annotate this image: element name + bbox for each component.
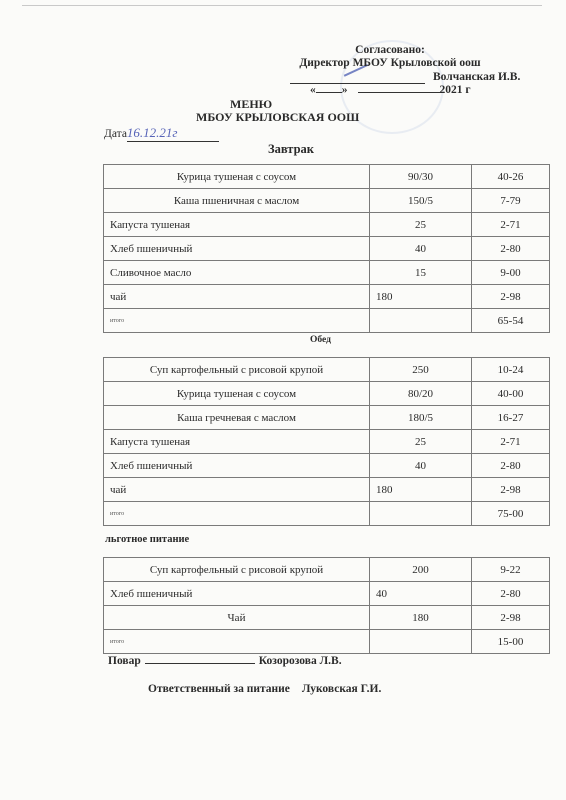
table-cell: 75-00 [472, 502, 550, 526]
table-cell: 40-00 [472, 382, 550, 406]
approval-block: Согласовано: Директор МБОУ Крыловской оо… [290, 44, 490, 70]
table-cell [370, 630, 472, 654]
table-cell: 2-98 [472, 478, 550, 502]
section-title-breakfast: Завтрак [268, 142, 314, 157]
table-row: Каша пшеничная с маслом150/57-79 [104, 189, 550, 213]
page-edge-line [22, 5, 542, 6]
table-cell: 2-98 [472, 285, 550, 309]
table-cell: 180 [370, 478, 472, 502]
director-name: Волчанская И.В. [433, 71, 520, 83]
table-cell: 15-00 [472, 630, 550, 654]
table-row: Хлеб пшеничный402-80 [104, 237, 550, 261]
table-cell: 16-27 [472, 406, 550, 430]
cook-label: Повар [108, 655, 141, 667]
table-cell: чай [104, 478, 370, 502]
table-cell: 250 [370, 358, 472, 382]
table-cell: 2-71 [472, 213, 550, 237]
date-row: Дата16.12.21г [104, 125, 219, 142]
total-row: итого75-00 [104, 502, 550, 526]
table-row: Чай1802-98 [104, 606, 550, 630]
table-cell: 180 [370, 285, 472, 309]
table-cell: Хлеб пшеничный [104, 237, 370, 261]
table-cell: Курица тушеная с соусом [104, 382, 370, 406]
breakfast-table: Курица тушеная с соусом90/3040-26 Каша п… [103, 164, 550, 333]
cook-name: Козорозова Л.В. [259, 655, 342, 667]
approval-signature-line: Волчанская И.В. [290, 71, 520, 84]
table-row: чай1802-98 [104, 285, 550, 309]
cook-signature-row: ПоварКозорозова Л.В. [108, 655, 342, 667]
table-cell: 40 [370, 454, 472, 478]
table-cell: Каша пшеничная с маслом [104, 189, 370, 213]
table-cell: 40 [370, 237, 472, 261]
total-row: итого65-54 [104, 309, 550, 333]
table-cell: Сливочное масло [104, 261, 370, 285]
table-cell: 7-79 [472, 189, 550, 213]
table-cell: итого [104, 309, 370, 333]
table-cell: Хлеб пшеничный [104, 454, 370, 478]
section-title-benefit: льготное питание [105, 534, 189, 545]
table-cell: Чай [104, 606, 370, 630]
table-cell: 150/5 [370, 189, 472, 213]
table-row: чай1802-98 [104, 478, 550, 502]
responsible-label: Ответственный за питание [148, 683, 290, 695]
table-cell: 9-22 [472, 558, 550, 582]
table-row: Капуста тушеная252-71 [104, 430, 550, 454]
table-cell: 2-98 [472, 606, 550, 630]
table-row: Суп картофельный с рисовой крупой2009-22 [104, 558, 550, 582]
benefit-table: Суп картофельный с рисовой крупой2009-22… [103, 557, 550, 654]
approval-position: Директор МБОУ Крыловской оош [290, 57, 490, 70]
table-cell: 65-54 [472, 309, 550, 333]
table-cell: итого [104, 502, 370, 526]
table-cell: 180 [370, 606, 472, 630]
table-cell: 90/30 [370, 165, 472, 189]
table-cell: Суп картофельный с рисовой крупой [104, 358, 370, 382]
table-cell: Курица тушеная с соусом [104, 165, 370, 189]
table-cell: Капуста тушеная [104, 213, 370, 237]
table-cell: 9-00 [472, 261, 550, 285]
table-cell: 2-80 [472, 237, 550, 261]
table-cell: Каша гречневая с маслом [104, 406, 370, 430]
table-cell: 40-26 [472, 165, 550, 189]
table-cell: 25 [370, 430, 472, 454]
table-cell: 10-24 [472, 358, 550, 382]
approval-year: 2021 г [440, 84, 471, 96]
table-cell: 15 [370, 261, 472, 285]
table-cell: чай [104, 285, 370, 309]
table-cell: 25 [370, 213, 472, 237]
table-cell: 180/5 [370, 406, 472, 430]
table-row: Курица тушеная с соусом90/3040-26 [104, 165, 550, 189]
table-row: Суп картофельный с рисовой крупой25010-2… [104, 358, 550, 382]
table-cell: итого [104, 630, 370, 654]
table-cell: Капуста тушеная [104, 430, 370, 454]
table-row: Хлеб пшеничный402-80 [104, 582, 550, 606]
table-cell [370, 502, 472, 526]
table-cell: Хлеб пшеничный [104, 582, 370, 606]
lunch-table: Суп картофельный с рисовой крупой25010-2… [103, 357, 550, 526]
table-row: Сливочное масло159-00 [104, 261, 550, 285]
table-row: Каша гречневая с маслом180/516-27 [104, 406, 550, 430]
date-value: 16.12.21г [127, 125, 219, 142]
table-row: Курица тушеная с соусом80/2040-00 [104, 382, 550, 406]
responsible-row: Ответственный за питаниеЛуковская Г.И. [148, 683, 381, 695]
date-label: Дата [104, 128, 127, 140]
responsible-name: Луковская Г.И. [302, 683, 381, 695]
table-cell [370, 309, 472, 333]
table-cell: 2-80 [472, 454, 550, 478]
table-cell: 40 [370, 582, 472, 606]
table-row: Хлеб пшеничный402-80 [104, 454, 550, 478]
table-cell: 2-80 [472, 582, 550, 606]
approval-agreed: Согласовано: [290, 44, 490, 57]
table-row: Капуста тушеная252-71 [104, 213, 550, 237]
section-title-lunch: Обед [310, 335, 331, 345]
cook-signature-line [145, 663, 255, 664]
table-cell: Суп картофельный с рисовой крупой [104, 558, 370, 582]
table-cell: 200 [370, 558, 472, 582]
table-cell: 80/20 [370, 382, 472, 406]
table-cell: 2-71 [472, 430, 550, 454]
school-name: МБОУ КРЫЛОВСКАЯ ООШ [196, 110, 359, 125]
total-row: итого15-00 [104, 630, 550, 654]
approval-date-line: «»2021 г [310, 84, 471, 97]
